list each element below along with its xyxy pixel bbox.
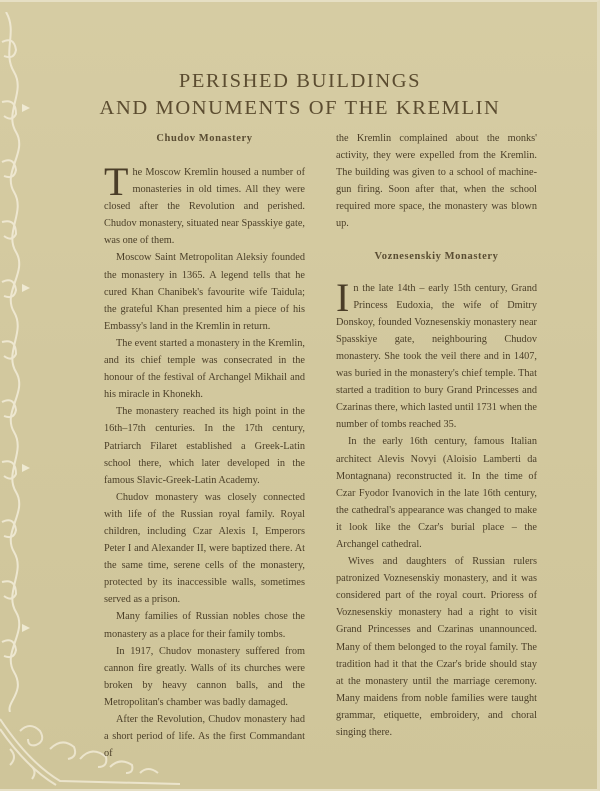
paragraph: Chudov monastery was closely connected w… — [104, 489, 305, 609]
paragraph: Wives and daughters of Russian rulers pa… — [336, 553, 537, 741]
paragraph: The monastery reached its high point in … — [104, 403, 305, 488]
drop-cap: I — [336, 283, 349, 313]
paragraph-continued: After the Revolution, Chudov monastery h… — [104, 711, 305, 762]
title-line-1: PERISHED BUILDINGS — [179, 70, 421, 92]
paragraph: In the early 16th century, famous Italia… — [336, 433, 537, 553]
paragraph: Moscow Saint Metropolitan Aleksiy founde… — [104, 249, 305, 334]
section-heading-chudov: Chudov Monastery — [104, 130, 305, 147]
text-column-left: Chudov Monastery The Moscow Kremlin hous… — [104, 130, 305, 762]
drop-cap: T — [104, 167, 128, 197]
title-line-2: AND MONUMENTS OF THE KREMLIN — [100, 97, 501, 119]
section-heading-voznesenskiy: Voznesenskiy Monastery — [336, 248, 537, 265]
page-title: PERISHED BUILDINGS AND MONUMENTS OF THE … — [0, 68, 600, 122]
lead-paragraph-voznesenskiy: In the late 14th – early 15th century, G… — [336, 280, 537, 434]
text-column-right: the Kremlin complained about the monks' … — [336, 130, 537, 741]
book-page: PERISHED BUILDINGS AND MONUMENTS OF THE … — [0, 0, 600, 791]
lead-paragraph-chudov: The Moscow Kremlin housed a number of mo… — [104, 164, 305, 249]
paragraph: The event started a monastery in the Kre… — [104, 335, 305, 403]
paragraph: Many families of Russian nobles chose th… — [104, 608, 305, 642]
paragraph-continuation: the Kremlin complained about the monks' … — [336, 130, 537, 233]
paragraph: In 1917, Chudov monastery suffered from … — [104, 643, 305, 711]
